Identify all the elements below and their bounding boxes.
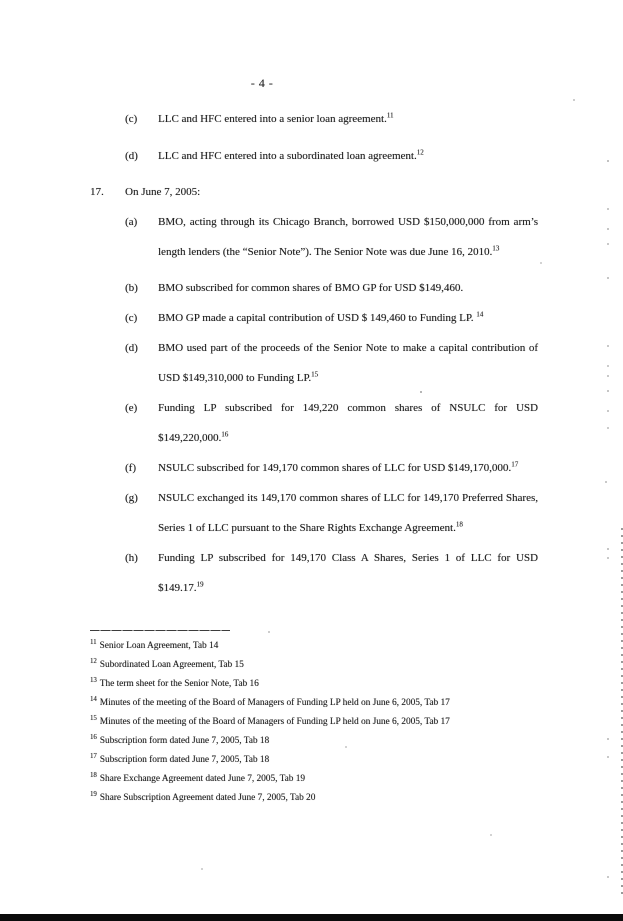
scan-speckles <box>0 0 2 2</box>
list-item-label: (a) <box>125 207 158 267</box>
list-item-17f: (f) NSULC subscribed for 149,170 common … <box>90 453 538 483</box>
list-item-text: LLC and HFC entered into a subordinated … <box>158 141 538 171</box>
list-item-text: BMO used part of the proceeds of the Sen… <box>158 333 538 393</box>
footnote-number: 18 <box>90 772 97 779</box>
page-number: - 4 - <box>0 76 524 91</box>
footnote-reference: 13 <box>492 244 499 252</box>
list-item-label: (c) <box>125 104 158 134</box>
footnote-number: 11 <box>90 639 97 646</box>
list-item-17c: (c) BMO GP made a capital contribution o… <box>90 303 538 333</box>
paragraph-intro: On June 7, 2005: <box>125 177 200 207</box>
footnote-11: 11Senior Loan Agreement, Tab 14 <box>90 637 538 656</box>
list-item-text: BMO subscribed for common shares of BMO … <box>158 273 538 303</box>
list-item-prior-c: (c) LLC and HFC entered into a senior lo… <box>90 104 538 134</box>
list-item-text-span: NSULC subscribed for 149,170 common shar… <box>158 462 511 474</box>
footnote-reference: 12 <box>417 148 424 156</box>
footnote-number: 14 <box>90 696 97 703</box>
list-item-17b: (b) BMO subscribed for common shares of … <box>90 273 538 303</box>
document-body: (c) LLC and HFC entered into a senior lo… <box>90 104 538 808</box>
list-item-text-span: LLC and HFC entered into a senior loan a… <box>158 113 387 125</box>
footnote-number: 12 <box>90 658 97 665</box>
list-item-text: NSULC subscribed for 149,170 common shar… <box>158 453 538 483</box>
list-item-text-span: BMO used part of the proceeds of the Sen… <box>158 342 538 384</box>
footnote-text: Minutes of the meeting of the Board of M… <box>100 698 450 708</box>
footnote-17: 17Subscription form dated June 7, 2005, … <box>90 751 538 770</box>
list-item-text: BMO GP made a capital contribution of US… <box>158 303 538 333</box>
footnote-text: Share Subscription Agreement dated June … <box>100 793 316 803</box>
footnote-19: 19Share Subscription Agreement dated Jun… <box>90 789 538 808</box>
footnote-number: 16 <box>90 734 97 741</box>
paragraph-number: 17. <box>90 177 125 207</box>
footnote-reference: 19 <box>197 580 204 588</box>
list-item-text-span: BMO GP made a capital contribution of US… <box>158 312 476 324</box>
footnote-text: Senior Loan Agreement, Tab 14 <box>100 641 219 651</box>
list-item-label: (e) <box>125 393 158 453</box>
footnote-reference: 16 <box>221 430 228 438</box>
list-item-17d: (d) BMO used part of the proceeds of the… <box>90 333 538 393</box>
footnote-13: 13The term sheet for the Senior Note, Ta… <box>90 675 538 694</box>
list-item-prior-d: (d) LLC and HFC entered into a subordina… <box>90 141 538 171</box>
footnotes-section: 11Senior Loan Agreement, Tab 14 12Subord… <box>90 630 538 808</box>
list-item-label: (c) <box>125 303 158 333</box>
footnote-separator-rule <box>90 630 230 631</box>
list-item-label: (d) <box>125 141 158 171</box>
list-item-text-span: BMO subscribed for common shares of BMO … <box>158 282 463 294</box>
scan-streak-right-edge <box>621 528 623 896</box>
footnote-14: 14Minutes of the meeting of the Board of… <box>90 694 538 713</box>
footnote-number: 13 <box>90 677 97 684</box>
footnote-text: Share Exchange Agreement dated June 7, 2… <box>100 774 305 784</box>
list-item-text-span: BMO, acting through its Chicago Branch, … <box>158 216 538 258</box>
list-item-text: Funding LP subscribed for 149,170 Class … <box>158 543 538 603</box>
list-item-text-span: NSULC exchanged its 149,170 common share… <box>158 492 538 534</box>
list-item-17a: (a) BMO, acting through its Chicago Bran… <box>90 207 538 267</box>
footnote-text: Subordinated Loan Agreement, Tab 15 <box>100 660 244 670</box>
footnote-18: 18Share Exchange Agreement dated June 7,… <box>90 770 538 789</box>
footnote-15: 15Minutes of the meeting of the Board of… <box>90 713 538 732</box>
footnote-reference: 14 <box>476 310 483 318</box>
footnote-12: 12Subordinated Loan Agreement, Tab 15 <box>90 656 538 675</box>
list-item-label: (f) <box>125 453 158 483</box>
paragraph-17-header: 17. On June 7, 2005: <box>90 177 538 207</box>
list-item-label: (b) <box>125 273 158 303</box>
footnote-reference: 15 <box>311 370 318 378</box>
list-item-text-span: Funding LP subscribed for 149,170 Class … <box>158 552 538 594</box>
list-item-text: NSULC exchanged its 149,170 common share… <box>158 483 538 543</box>
footnote-text: Minutes of the meeting of the Board of M… <box>100 717 450 727</box>
list-item-17g: (g) NSULC exchanged its 149,170 common s… <box>90 483 538 543</box>
document-page: - 4 - (c) LLC and HFC entered into a sen… <box>0 0 623 921</box>
footnote-text: Subscription form dated June 7, 2005, Ta… <box>100 755 269 765</box>
list-item-text-span: Funding LP subscribed for 149,220 common… <box>158 402 538 444</box>
list-item-label: (d) <box>125 333 158 393</box>
list-item-17e: (e) Funding LP subscribed for 149,220 co… <box>90 393 538 453</box>
footnote-16: 16Subscription form dated June 7, 2005, … <box>90 732 538 751</box>
footnote-reference: 17 <box>511 460 518 468</box>
footnote-number: 17 <box>90 753 97 760</box>
footnote-number: 19 <box>90 791 97 798</box>
list-item-text: Funding LP subscribed for 149,220 common… <box>158 393 538 453</box>
list-item-17h: (h) Funding LP subscribed for 149,170 Cl… <box>90 543 538 603</box>
footnote-reference: 18 <box>456 520 463 528</box>
footnote-text: The term sheet for the Senior Note, Tab … <box>100 679 259 689</box>
list-item-label: (g) <box>125 483 158 543</box>
footnote-reference: 11 <box>387 111 394 119</box>
list-item-text-span: LLC and HFC entered into a subordinated … <box>158 150 417 162</box>
scan-edge-bar <box>0 914 623 921</box>
list-item-label: (h) <box>125 543 158 603</box>
list-item-text: BMO, acting through its Chicago Branch, … <box>158 207 538 267</box>
footnote-text: Subscription form dated June 7, 2005, Ta… <box>100 736 269 746</box>
list-item-text: LLC and HFC entered into a senior loan a… <box>158 104 538 134</box>
footnote-number: 15 <box>90 715 97 722</box>
